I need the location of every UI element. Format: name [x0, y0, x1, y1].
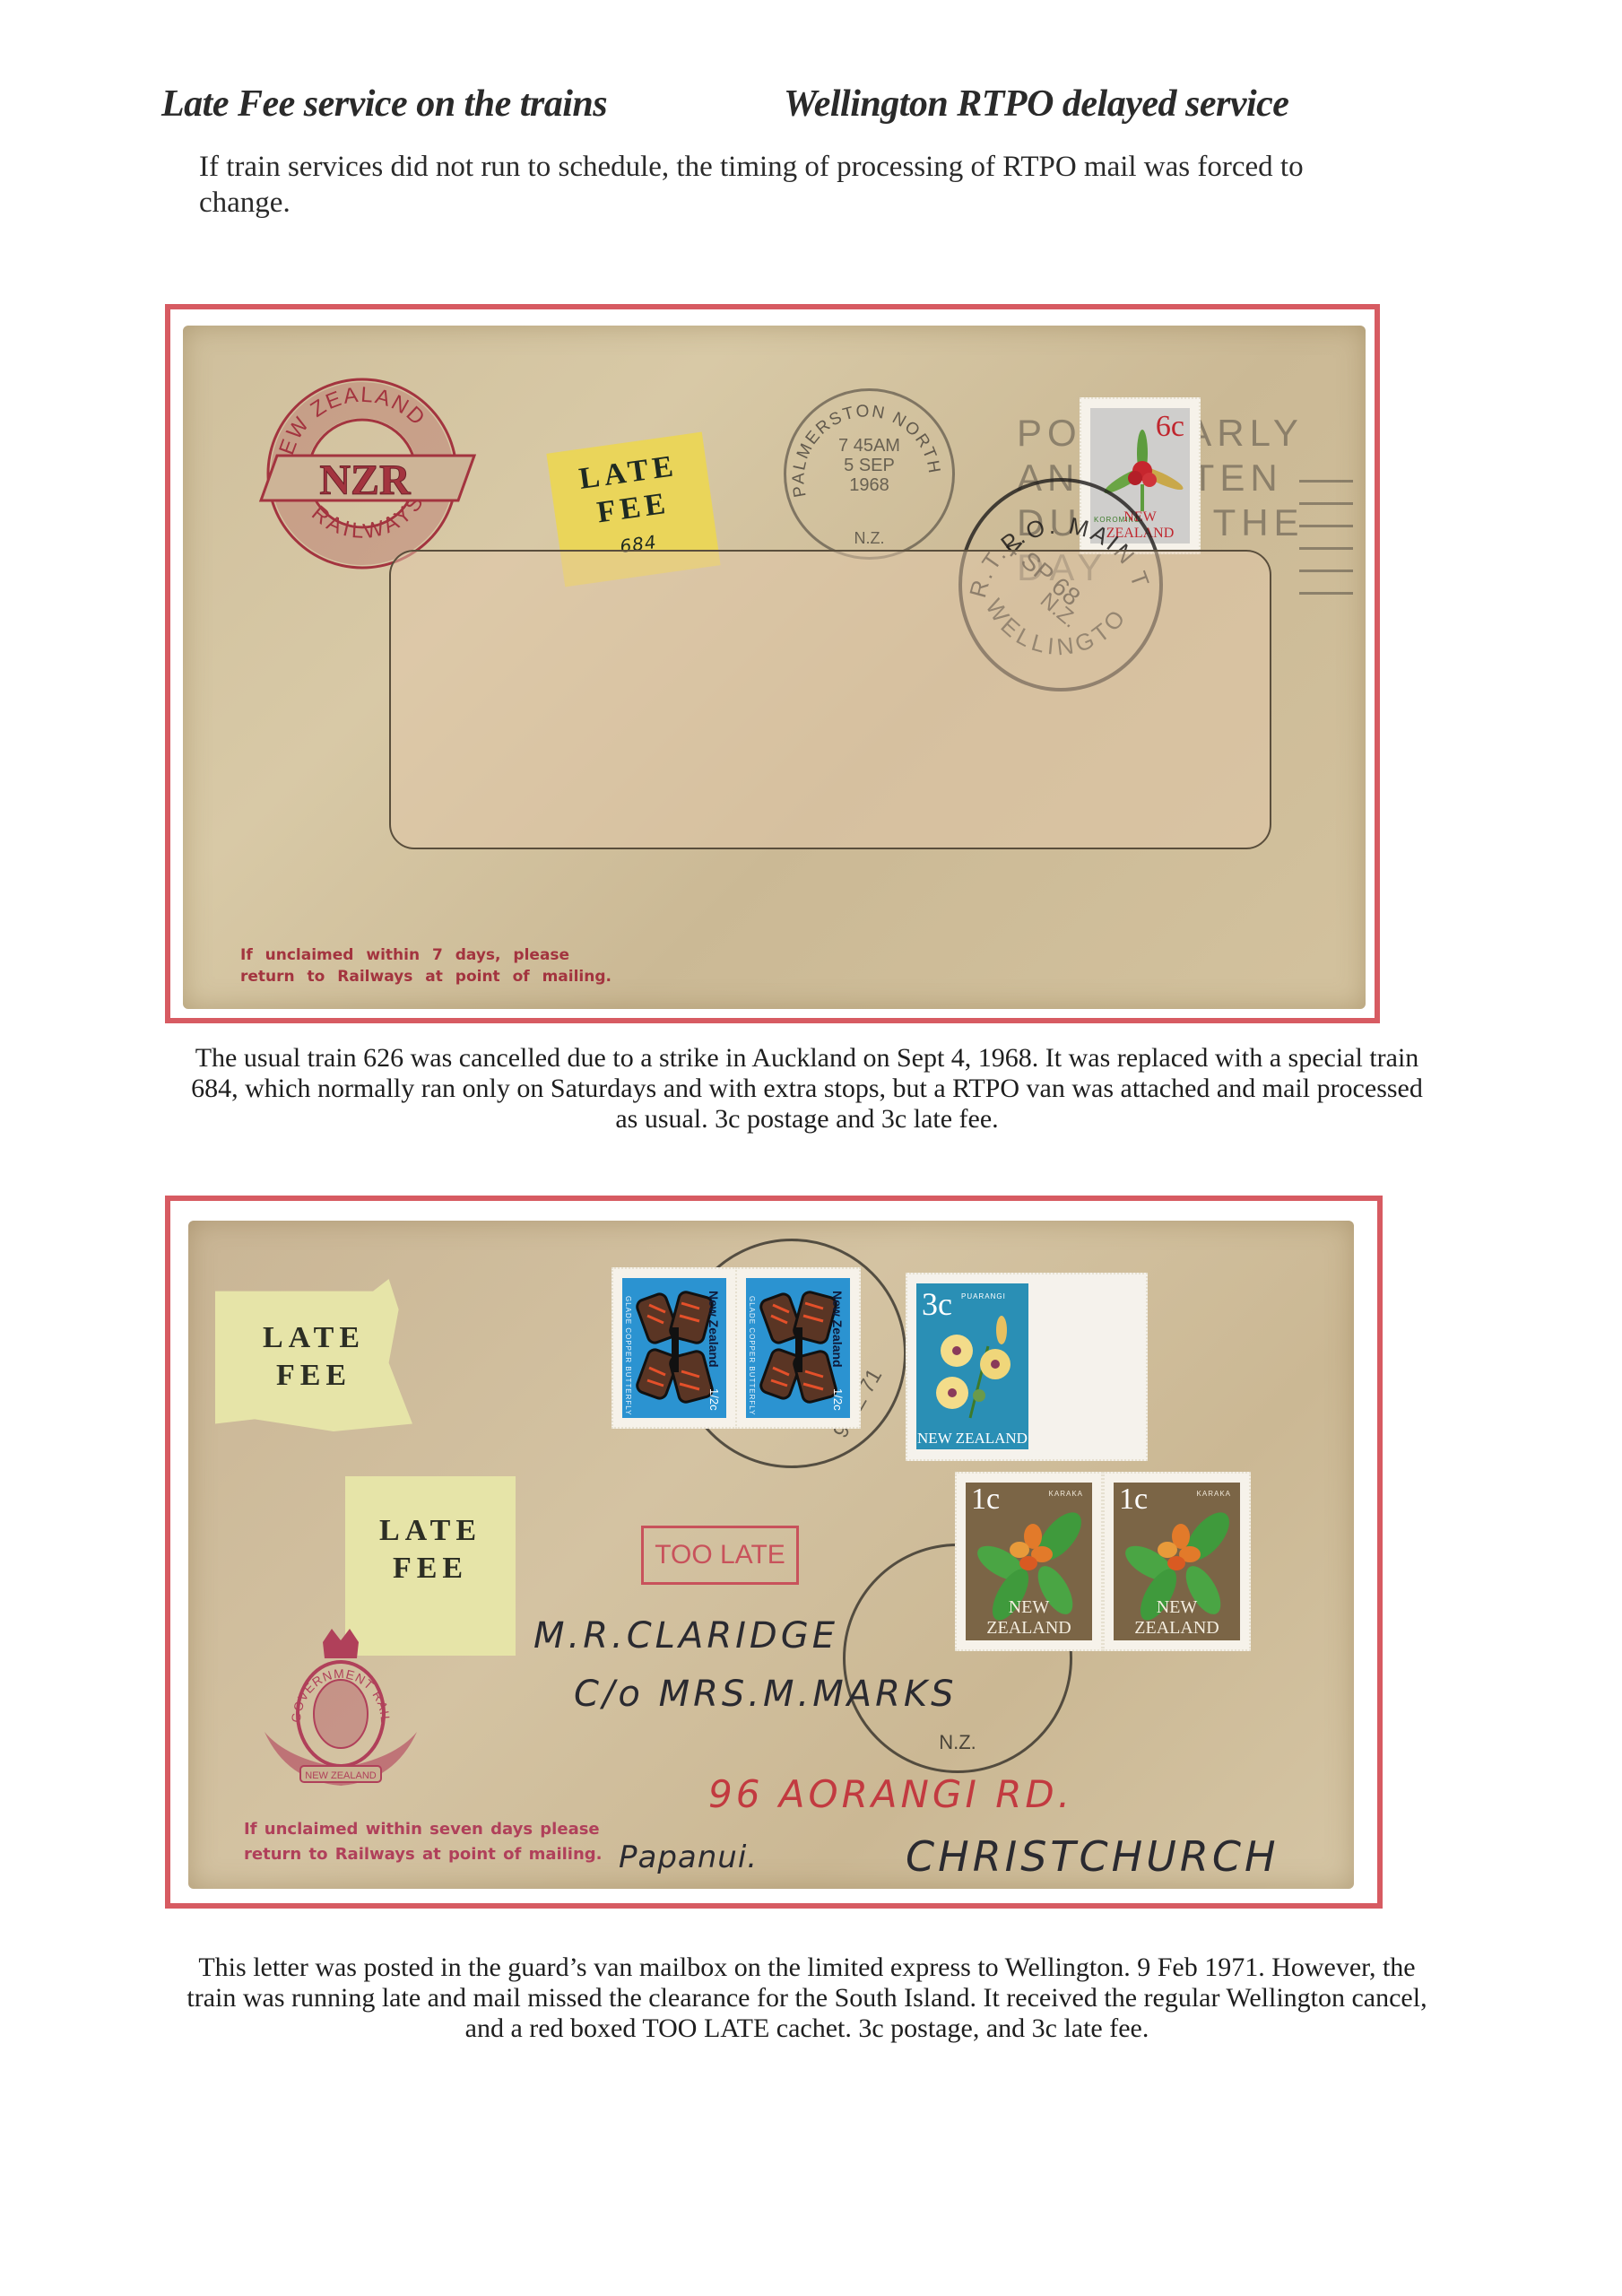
stamp-1c-karaka-1: 1c KARAKA NEW ZEALAND: [955, 1472, 1103, 1651]
page-heading-right: Wellington RTPO delayed service: [784, 83, 1288, 126]
logo-nzr-text: NZR: [319, 457, 412, 504]
envelope-address-window: [389, 550, 1271, 849]
late-fee-label-1: LATE FEE: [215, 1279, 412, 1431]
svg-text:NEW ZEALAND: NEW ZEALAND: [305, 1770, 377, 1781]
return-instruction: If unclaimed within 7 days, please retur…: [240, 944, 612, 987]
address-line-name: M.R.CLARIDGE: [533, 1615, 838, 1657]
stamp-1c-karaka-2: 1c KARAKA NEW ZEALAND: [1103, 1472, 1251, 1651]
too-late-cachet: TOO LATE: [641, 1526, 799, 1585]
cover2-envelope: LATE FEE LATE FEE N.Z. 9 FE 71: [188, 1221, 1354, 1889]
government-railways-crest: GOVERNMENT RAILWAYS NEW ZEALAND: [251, 1624, 430, 1804]
cover1-caption: The usual train 626 was cancelled due to…: [179, 1043, 1435, 1135]
page-heading-left: Late Fee service on the trains: [161, 83, 607, 126]
stamp-butterfly-1: GLADE COPPER BUTTERFLY New Zealand 1/2c: [612, 1267, 737, 1429]
stamp-3c-puarangi: 3c PUARANGI NEW ZEALAND: [906, 1273, 1148, 1461]
address-line-street: 96 AORANGI RD.: [708, 1772, 1073, 1816]
slogan-wavy-lines: [1299, 460, 1353, 613]
address-line-care-of: C/o MRS.M.MARKS: [574, 1674, 958, 1715]
address-line-suburb: Papanui.: [619, 1839, 758, 1875]
cover2-caption: This letter was posted in the guard’s va…: [179, 1952, 1435, 2044]
stamp-butterfly-2: GLADE COPPER BUTTERFLY New Zealand 1/2c: [735, 1267, 861, 1429]
return-instruction: If unclaimed within seven days please re…: [244, 1817, 603, 1867]
cover1-envelope: NEW ZEALAND RAILWAYS NZR LATE FEE 684 PA…: [183, 326, 1366, 1009]
cover1-frame: NEW ZEALAND RAILWAYS NZR LATE FEE 684 PA…: [165, 304, 1380, 1023]
nzr-railways-logo: NEW ZEALAND RAILWAYS NZR: [250, 366, 465, 581]
palmerston-north-postmark: PALMERSTON NORTH 7 45AM 5 SEP 1968 N.Z.: [784, 388, 955, 560]
cover2-frame: LATE FEE LATE FEE N.Z. 9 FE 71: [165, 1196, 1383, 1909]
intro-paragraph: If train services did not run to schedul…: [199, 149, 1365, 221]
address-line-city: CHRISTCHURCH: [906, 1832, 1279, 1881]
